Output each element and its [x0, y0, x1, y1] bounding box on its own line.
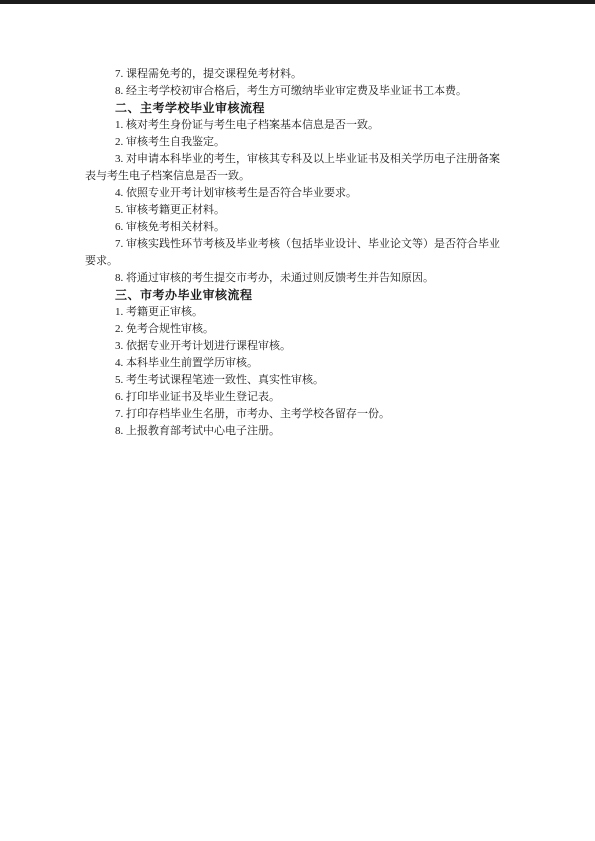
list-item: 7. 打印存档毕业生名册，市考办、主考学校各留存一份。: [85, 406, 510, 423]
list-item: 4. 依照专业开考计划审核考生是否符合毕业要求。: [85, 185, 510, 202]
list-item: 8. 经主考学校初审合格后，考生方可缴纳毕业审定费及毕业证书工本费。: [85, 83, 510, 100]
list-item: 5. 考生考试课程笔迹一致性、真实性审核。: [85, 372, 510, 389]
section-heading-city-office-review: 三、市考办毕业审核流程: [85, 287, 510, 304]
list-item: 1. 考籍更正审核。: [85, 304, 510, 321]
list-item: 8. 将通过审核的考生提交市考办，未通过则反馈考生并告知原因。: [85, 270, 510, 287]
document-content: 7. 课程需免考的，提交课程免考材料。 8. 经主考学校初审合格后，考生方可缴纳…: [85, 66, 510, 440]
list-item: 4. 本科毕业生前置学历审核。: [85, 355, 510, 372]
list-item: 6. 打印毕业证书及毕业生登记表。: [85, 389, 510, 406]
list-item: 3. 对申请本科毕业的考生，审核其专科及以上毕业证书及相关学历电子注册备案表与考…: [85, 151, 510, 185]
list-item: 2. 免考合规性审核。: [85, 321, 510, 338]
list-item: 8. 上报教育部考试中心电子注册。: [85, 423, 510, 440]
document-page: 7. 课程需免考的，提交课程免考材料。 8. 经主考学校初审合格后，考生方可缴纳…: [0, 4, 595, 841]
section-heading-school-review: 二、主考学校毕业审核流程: [85, 100, 510, 117]
list-item: 7. 审核实践性环节考核及毕业考核（包括毕业设计、毕业论文等）是否符合毕业要求。: [85, 236, 510, 270]
list-item: 3. 依据专业开考计划进行课程审核。: [85, 338, 510, 355]
list-item: 6. 审核免考相关材料。: [85, 219, 510, 236]
list-item: 5. 审核考籍更正材料。: [85, 202, 510, 219]
list-item: 1. 核对考生身份证与考生电子档案基本信息是否一致。: [85, 117, 510, 134]
list-item: 7. 课程需免考的，提交课程免考材料。: [85, 66, 510, 83]
list-item: 2. 审核考生自我鉴定。: [85, 134, 510, 151]
